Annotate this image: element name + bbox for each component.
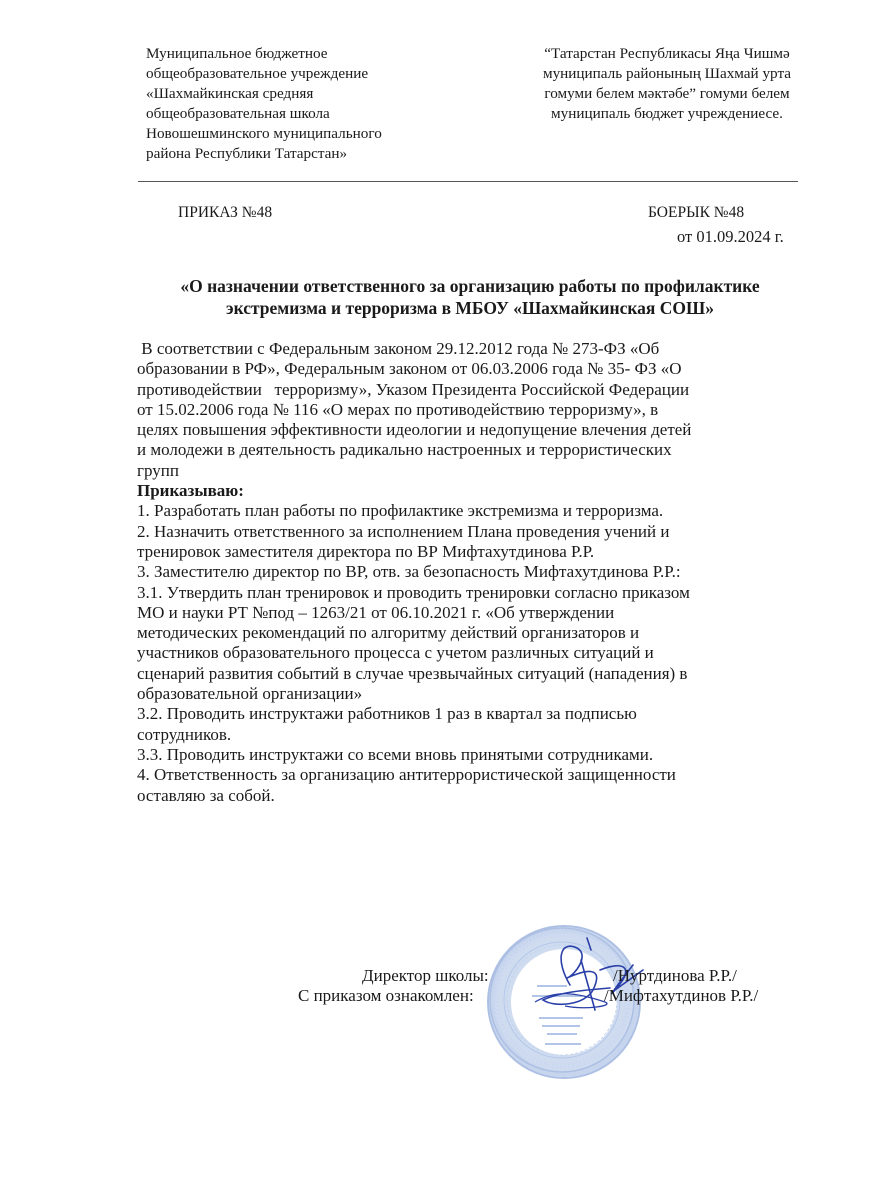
header-left-line: общеобразовательное учреждение <box>146 64 476 84</box>
order-item: участников образовательного процесса с у… <box>137 643 827 663</box>
order-item: 3. Заместителю директор по ВР, отв. за б… <box>137 562 827 582</box>
header-left-line: Муниципальное бюджетное <box>146 44 476 64</box>
order-item: 3.1. Утвердить план тренировок и проводи… <box>137 583 827 603</box>
order-item: 1. Разработать план работы по профилакти… <box>137 501 827 521</box>
order-item: сценарий развития событий в случае чрезв… <box>137 664 827 684</box>
order-item: тренировок заместителя директора по ВР М… <box>137 542 827 562</box>
preamble-line: противодействии терроризму», Указом През… <box>137 380 827 400</box>
header-right-line: муниципаль бюджет учреждениесе. <box>512 104 822 124</box>
order-item: оставляю за собой. <box>137 786 827 806</box>
header-left-line: Новошешминского муниципального <box>146 124 476 144</box>
header-left-line: района Республики Татарстан» <box>146 144 476 164</box>
header-right-line: муниципаль районының Шахмай урта <box>512 64 822 84</box>
document-body: В соответствии с Федеральным законом 29.… <box>137 339 827 806</box>
preamble-line: и молодежи в деятельность радикально нас… <box>137 440 827 460</box>
header-right-line: “Татарстан Республикасы Яңа Чишмә <box>512 44 822 64</box>
director-name: /Нуртдинова Р.Р./ <box>613 966 737 986</box>
header-right-line: гомуми белем мәктәбе” гомуми белем <box>512 84 822 104</box>
title-line: «О назначении ответственного за организа… <box>120 275 820 297</box>
document-page: Муниципальное бюджетное общеобразователь… <box>0 0 873 1200</box>
order-date: от 01.09.2024 г. <box>677 227 784 247</box>
preamble-line: целях повышения эффективности идеологии … <box>137 420 827 440</box>
order-item: 3.3. Проводить инструктажи со всеми внов… <box>137 745 827 765</box>
order-number-tt: БОЕРЫК №48 <box>648 204 744 222</box>
header-left-line: «Шахмайкинская средняя <box>146 84 476 104</box>
order-word: Приказываю: <box>137 481 827 501</box>
preamble-line: образовании в РФ», Федеральным законом о… <box>137 359 827 379</box>
preamble-line: групп <box>137 461 827 481</box>
director-label: Директор школы: <box>362 966 489 986</box>
order-item: методических рекомендаций по алгоритму д… <box>137 623 827 643</box>
acquainted-label: С приказом ознакомлен: <box>298 986 474 1006</box>
order-item: 3.2. Проводить инструктажи работников 1 … <box>137 704 827 724</box>
header-divider <box>138 181 798 182</box>
order-item: МО и науки РТ №под – 1263/21 от 06.10.20… <box>137 603 827 623</box>
order-item: 4. Ответственность за организацию антите… <box>137 765 827 785</box>
preamble-line: В соответствии с Федеральным законом 29.… <box>137 339 827 359</box>
order-item: 2. Назначить ответственного за исполнени… <box>137 522 827 542</box>
header-left-institution-ru: Муниципальное бюджетное общеобразователь… <box>146 44 476 164</box>
order-number-ru: ПРИКАЗ №48 <box>178 204 272 222</box>
title-line: экстремизма и терроризма в МБОУ «Шахмайк… <box>120 297 820 319</box>
header-right-institution-tt: “Татарстан Республикасы Яңа Чишмә муници… <box>512 44 822 124</box>
document-title: «О назначении ответственного за организа… <box>120 275 820 319</box>
order-item: образовательной организации» <box>137 684 827 704</box>
preamble-line: от 15.02.2006 года № 116 «О мерах по про… <box>137 400 827 420</box>
header-left-line: общеобразовательная школа <box>146 104 476 124</box>
order-item: сотрудников. <box>137 725 827 745</box>
acquainted-name: /Мифтахутдинов Р.Р./ <box>604 986 758 1006</box>
